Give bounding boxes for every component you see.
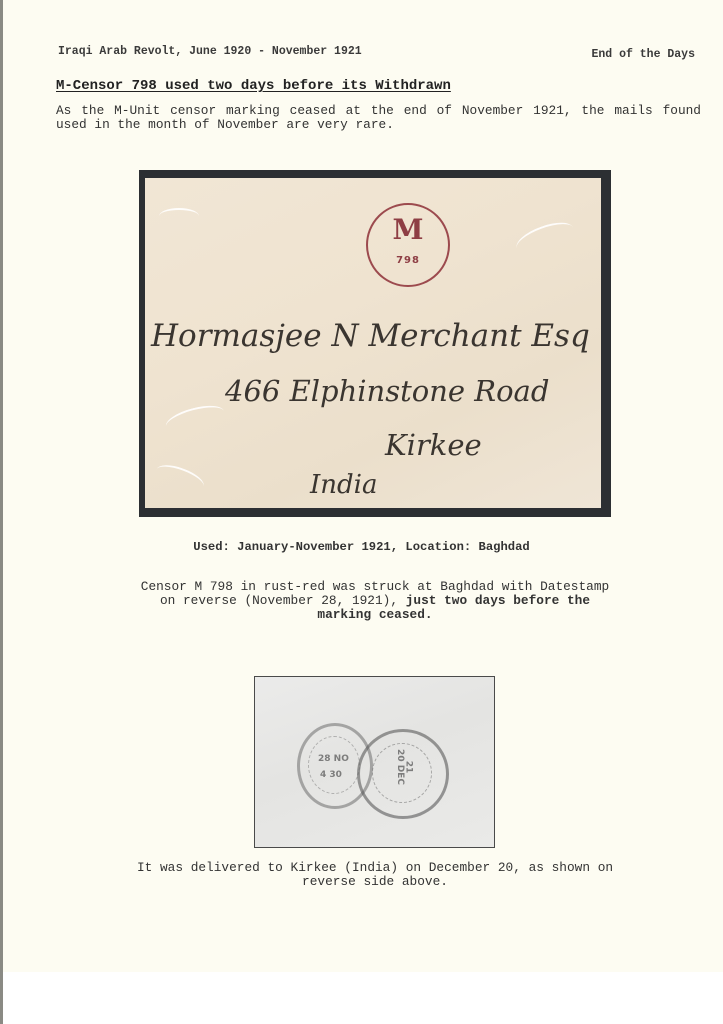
glare — [153, 460, 207, 496]
envelope-reverse-image: 28 NO 4 30 20 DEC 21 — [254, 676, 495, 848]
intro-paragraph: As the M-Unit censor marking ceased at t… — [56, 104, 701, 132]
censor-caption: Censor M 798 in rust-red was struck at B… — [140, 580, 610, 622]
delivery-caption: It was delivered to Kirkee (India) on De… — [130, 861, 620, 889]
page-title: M-Censor 798 used two days before its Wi… — [56, 78, 451, 94]
section-title: End of the Days — [591, 48, 695, 61]
censor-number: 798 — [368, 255, 448, 266]
exhibit-title: Iraqi Arab Revolt, June 1920 - November … — [58, 45, 362, 58]
glare — [513, 216, 578, 259]
scan-edge — [0, 0, 3, 1024]
address-line-1: Hormasjee N Merchant Esq — [151, 318, 590, 354]
kirkee-postmark: 20 DEC 21 — [357, 729, 449, 819]
album-page: Iraqi Arab Revolt, June 1920 - November … — [0, 0, 723, 972]
postmark-time: 4 30 — [320, 770, 342, 780]
address-line-2: 466 Elphinstone Road — [225, 374, 549, 408]
address-line-3: Kirkee — [385, 428, 482, 462]
usage-caption: Used: January-November 1921, Location: B… — [0, 540, 723, 554]
glare — [163, 401, 227, 438]
cover-mount: M 798 Hormasjee N Merchant Esq 466 Elphi… — [139, 170, 611, 517]
censor-letter: M — [368, 215, 448, 245]
envelope-front-image: M 798 Hormasjee N Merchant Esq 466 Elphi… — [145, 178, 601, 508]
censor-m-798-stamp: M 798 — [366, 203, 450, 287]
postmark-year: 21 — [403, 761, 413, 774]
postmark-date: 28 NO — [318, 754, 349, 764]
glare — [159, 208, 199, 224]
postmark-inner-ring — [308, 736, 360, 794]
address-line-4: India — [310, 470, 377, 500]
